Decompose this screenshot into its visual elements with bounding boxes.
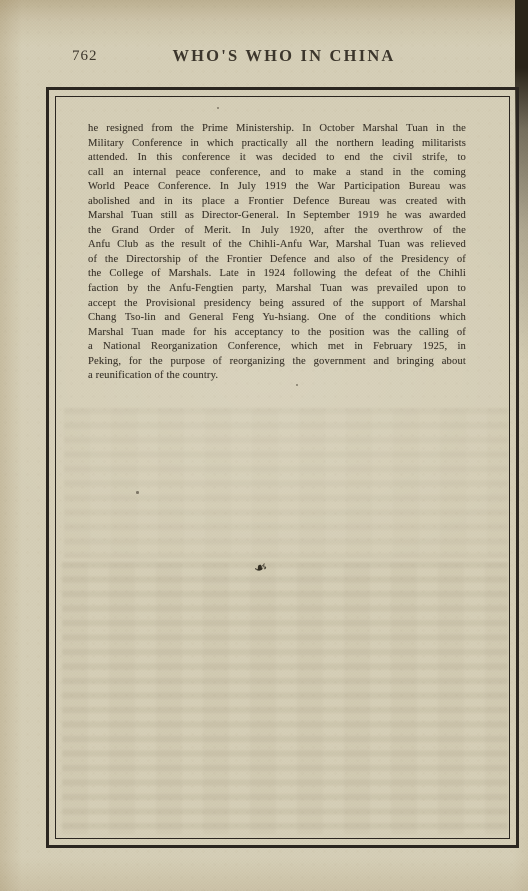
biography-paragraph: he resigned from the Prime Ministership.…: [88, 122, 466, 384]
text-line: he resigned from the Prime Ministership.…: [88, 122, 466, 137]
text-line: Anfu Club as the result of the Chihli-An…: [88, 238, 466, 253]
text-line: faction by the Anfu-Fengtien party, Mars…: [88, 282, 466, 297]
text-line: World Peace Conference. In July 1919 the…: [88, 180, 466, 195]
text-line: Marshal Tuan still as Director-General. …: [88, 209, 466, 224]
text-line: call an internal peace conference, and t…: [88, 166, 466, 181]
text-line: Military Conference in which practically…: [88, 137, 466, 152]
text-line: abolished and in its place a Frontier De…: [88, 195, 466, 210]
text-line: a reunification of the country.: [88, 369, 466, 384]
text-line: a National Reorganization Conference, wh…: [88, 340, 466, 355]
ink-speck: [136, 491, 139, 494]
text-line: the College of Marshals. Late in 1924 fo…: [88, 267, 466, 282]
ink-speck: [296, 384, 298, 386]
book-page-scan: 762 WHO'S WHO IN CHINA he resigned from …: [0, 0, 528, 891]
ink-speck: [217, 107, 219, 109]
text-line: attended. In this conference it was deci…: [88, 151, 466, 166]
running-header-title: WHO'S WHO IN CHINA: [40, 46, 528, 66]
text-line: accept the Provisional presidency being …: [88, 297, 466, 312]
text-line: Peking, for the purpose of reorganizing …: [88, 355, 466, 370]
text-line: Chang Tso-lin and General Feng Yu-hsiang…: [88, 311, 466, 326]
text-line: of the Directorship of the Frontier Defe…: [88, 253, 466, 268]
text-line: Marshal Tuan made for his acceptancy to …: [88, 326, 466, 341]
text-line: the Grand Order of Merit. In July 1920, …: [88, 224, 466, 239]
